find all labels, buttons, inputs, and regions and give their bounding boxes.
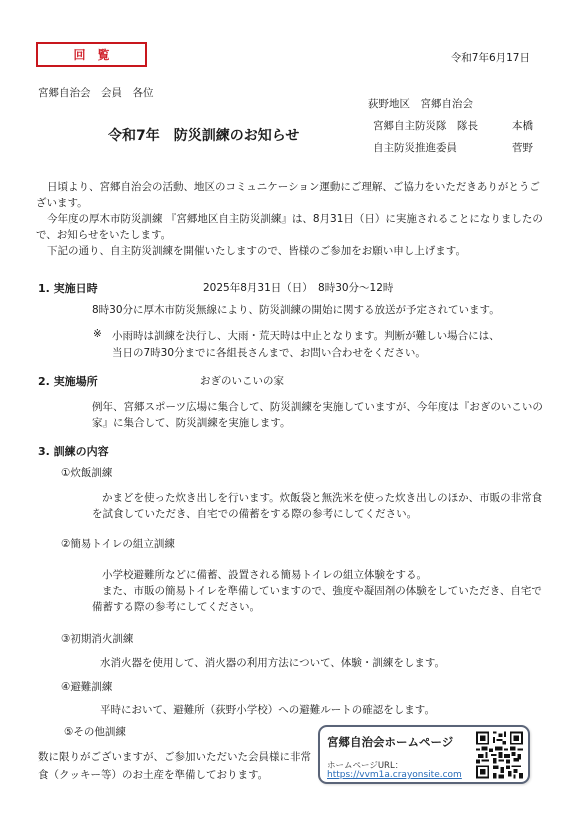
- training-item-body: かまどを使った炊き出しを行います。炊飯袋と無洗米を使った炊き出しのほか、市販の非…: [92, 490, 544, 522]
- addressee: 宮郷自治会 会員 各位: [38, 85, 154, 100]
- sender-org: 宮郷自主防災隊 隊長: [373, 120, 478, 132]
- homepage-title: 宮郷自治会ホームページ: [327, 734, 453, 750]
- document-date: 令和7年6月17日: [451, 50, 530, 65]
- training-item-body: 小学校避難所などに備蓄、設置される簡易トイレの組立体験をする。: [92, 567, 544, 583]
- intro-paragraph-3: 下記の通り、自主防災訓練を開催いたしますので、皆様のご参加をお願い申し上げます。: [36, 243, 546, 259]
- closing-line-2: 食（クッキー等）のお土産を準備しております。: [38, 767, 268, 782]
- sender-org: 荻野地区 宮郷自治会: [368, 98, 473, 110]
- closing-line-1: 数に限りがございますが、ご参加いただいた会員様に非常: [38, 749, 311, 764]
- section-1-heading: 1. 実施日時: [38, 280, 98, 296]
- training-item-title: ①炊飯訓練: [61, 465, 112, 480]
- training-item-body: 水消火器を使用して、消火器の利用方法について、体験・訓練をします。: [100, 655, 445, 670]
- homepage-url-link[interactable]: https://vvm1a.crayonsite.com: [327, 770, 462, 780]
- section-2-heading: 2. 実施場所: [38, 373, 98, 389]
- section-2-venue: おぎのいこいの家: [200, 373, 284, 388]
- section-1-rain-note-2: 当日の7時30分までに各組長さんまで、お問い合わせをください。: [112, 345, 426, 360]
- training-item-body: 平時において、避難所（荻野小学校）への避難ルートの確認をします。: [100, 702, 435, 717]
- page-title: 令和7年 防災訓練のお知らせ: [108, 125, 299, 145]
- stamp-label: 回覧: [73, 46, 121, 63]
- homepage-info-box: 宮郷自治会ホームページ ホームページURL： https://vvm1a.cra…: [318, 725, 530, 784]
- training-item-body: また、市販の簡易トイレを準備していますので、強度や凝固剤の体験をしていただき、自…: [92, 583, 544, 615]
- sender-name: 菅野: [512, 140, 533, 155]
- section-2-body: 例年、宮郷スポーツ広場に集合して、防災訓練を実施していますが、今年度は『おぎのい…: [92, 399, 544, 431]
- section-3-heading: 3. 訓練の内容: [38, 443, 109, 459]
- circulation-stamp: 回覧: [36, 42, 147, 67]
- section-1-datetime: 2025年8月31日（日） 8時30分～12時: [203, 280, 393, 295]
- section-1-note: 8時30分に厚木市防災無線により、防災訓練の開始に関する放送が予定されています。: [92, 302, 500, 317]
- sender-line-3: 自主防災推進委員 菅野: [373, 140, 533, 155]
- sender-line-1: 荻野地区 宮郷自治会: [368, 96, 473, 111]
- asterisk-mark: ※: [93, 328, 102, 340]
- intro-paragraph-1: 日頃より、宮郷自治会の活動、地区のコミュニケーション運動にご理解、ご協力をいただ…: [36, 179, 546, 211]
- qr-code-icon[interactable]: [476, 731, 523, 779]
- section-1-rain-note-1: 小雨時は訓練を決行し、大雨・荒天時は中止となります。判断が難しい場合には、: [112, 328, 500, 343]
- sender-line-2: 宮郷自主防災隊 隊長 本橋: [373, 118, 533, 133]
- sender-name: 本橋: [512, 118, 533, 133]
- training-item-title: ⑤その他訓練: [64, 724, 126, 739]
- sender-org: 自主防災推進委員: [373, 142, 457, 154]
- training-item-title: ②簡易トイレの組立訓練: [61, 536, 175, 551]
- training-item-title: ③初期消火訓練: [61, 631, 133, 646]
- training-item-title: ④避難訓練: [61, 679, 112, 694]
- intro-paragraph-2: 今年度の厚木市防災訓練 『宮郷地区自主防災訓練』は、8月31日（日）に実施される…: [36, 211, 546, 243]
